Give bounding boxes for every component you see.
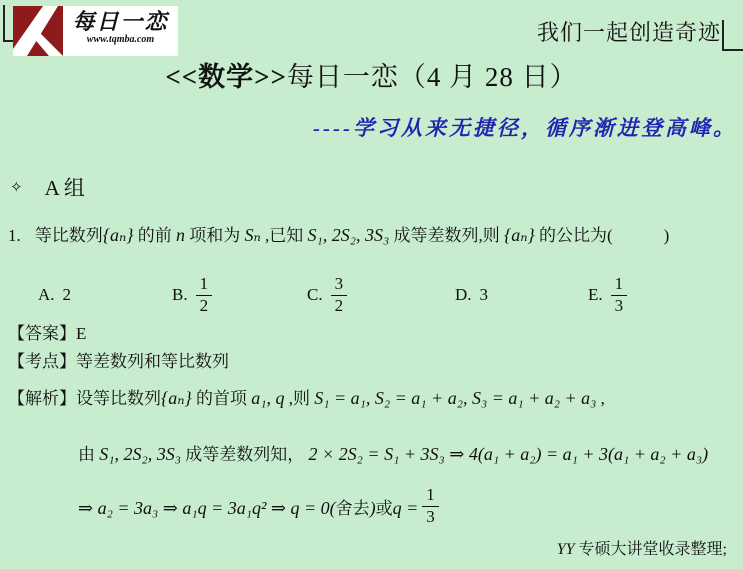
question-text: 等比数列{aₙ} 的前 n 项和为 Sₙ ,已知 S₁, 2S₂, 3S₃ 成等… bbox=[35, 226, 670, 245]
option-d-label: D. bbox=[455, 285, 472, 305]
ren-logo-icon bbox=[13, 6, 63, 56]
answer-value: E bbox=[76, 324, 86, 343]
page-title: <<数学>>每日一恋（4 月 28 日） bbox=[0, 55, 743, 94]
option-b-label: B. bbox=[172, 285, 188, 305]
analysis-line-3-text: ⇒ a₂ = 3a₃ ⇒ a₁q = 3a₁q² ⇒ q = 0(舍去)或q = bbox=[78, 494, 418, 519]
header-slogan: 我们一起创造奇迹 bbox=[537, 16, 721, 47]
option-c: C. 3 2 bbox=[307, 266, 347, 324]
option-d: D. 3 bbox=[455, 266, 488, 324]
footer-prefix: YY bbox=[557, 541, 575, 558]
title-subject: <<数学>> bbox=[165, 62, 287, 92]
fraction-denominator: 3 bbox=[422, 507, 439, 527]
analysis-line-1-text: 设等比数列{aₙ} 的首项 a₁, q ,则 S₁ = a₁, S₂ = a₁ … bbox=[76, 389, 605, 408]
answer-label: 【答案】 bbox=[8, 324, 76, 343]
option-c-fraction: 3 2 bbox=[331, 275, 348, 315]
answer-line: 【答案】E bbox=[8, 319, 86, 344]
option-e-label: E. bbox=[588, 285, 603, 305]
option-b-fraction: 1 2 bbox=[196, 275, 213, 315]
fraction-numerator: 1 bbox=[422, 486, 439, 507]
title-rest: 每日一恋（4 月 28 日） bbox=[287, 62, 578, 92]
topic-line: 【考点】等差数列和等比数列 bbox=[8, 347, 229, 372]
option-c-label: C. bbox=[307, 285, 323, 305]
option-a: A. 2 bbox=[38, 266, 71, 324]
option-e-fraction: 1 3 bbox=[611, 275, 628, 315]
footer-text: 专硕大讲堂收录整理; bbox=[575, 541, 727, 558]
option-a-value: 2 bbox=[63, 285, 72, 305]
brand-script: 每日一恋 bbox=[63, 9, 178, 35]
option-a-label: A. bbox=[38, 285, 55, 305]
analysis-line-3: ⇒ a₂ = 3a₃ ⇒ a₁q = 3a₁q² ⇒ q = 0(舍去)或q =… bbox=[78, 486, 738, 526]
fraction-denominator: 3 bbox=[611, 296, 628, 316]
corner-mark-right bbox=[722, 20, 743, 51]
fraction-denominator: 2 bbox=[331, 296, 348, 316]
option-e: E. 1 3 bbox=[588, 266, 627, 324]
analysis-line-3-fraction: 1 3 bbox=[422, 486, 439, 526]
question-1: 1.等比数列{aₙ} 的前 n 项和为 Sₙ ,已知 S₁, 2S₂, 3S₃ … bbox=[8, 221, 728, 246]
analysis-label: 【解析】 bbox=[8, 389, 76, 408]
analysis-line-2: 由 S₁, 2S₂, 3S₃ 成等差数列知， 2 × 2S₂ = S₁ + 3S… bbox=[78, 440, 738, 465]
diamond-bullet-icon: ✧ bbox=[10, 180, 23, 196]
question-number: 1. bbox=[8, 226, 21, 245]
option-d-value: 3 bbox=[480, 285, 489, 305]
section-label: A 组 bbox=[45, 176, 85, 200]
analysis-line-2-text: 由 S₁, 2S₂, 3S₃ 成等差数列知， 2 × 2S₂ = S₁ + 3S… bbox=[78, 445, 708, 464]
analysis-line-1: 【解析】设等比数列{aₙ} 的首项 a₁, q ,则 S₁ = a₁, S₂ =… bbox=[8, 384, 738, 409]
section-heading: ✧A 组 bbox=[10, 172, 85, 202]
website-url: www.tqmba.com bbox=[63, 35, 178, 45]
fraction-numerator: 3 bbox=[331, 275, 348, 296]
topic-label: 【考点】 bbox=[8, 352, 76, 371]
option-b: B. 1 2 bbox=[172, 266, 212, 324]
logo-text-box: 每日一恋 www.tqmba.com bbox=[63, 6, 178, 56]
fraction-numerator: 1 bbox=[196, 275, 213, 296]
footer-credit: YY 专硕大讲堂收录整理; bbox=[557, 536, 727, 559]
fraction-denominator: 2 bbox=[196, 296, 213, 316]
header-logo: 每日一恋 www.tqmba.com bbox=[13, 6, 178, 56]
options-row: A. 2 B. 1 2 C. 3 2 D. 3 E. 1 3 bbox=[0, 266, 743, 324]
fraction-numerator: 1 bbox=[611, 275, 628, 296]
motto-line: ----学习从来无捷径，循序渐进登高峰。 bbox=[313, 112, 737, 142]
topic-value: 等差数列和等比数列 bbox=[76, 352, 229, 371]
